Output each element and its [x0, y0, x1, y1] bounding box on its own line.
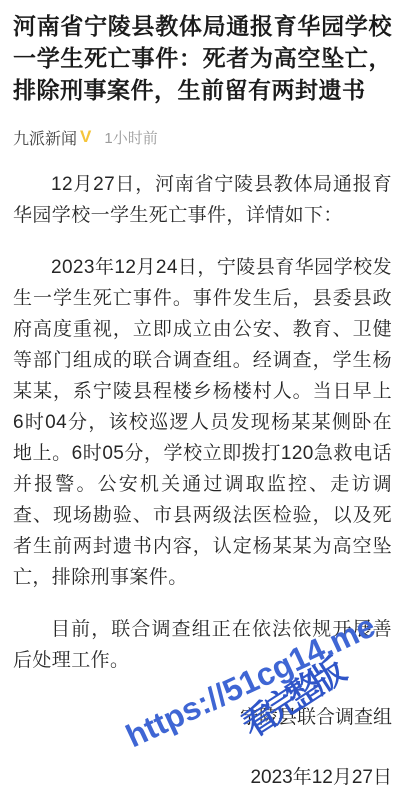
article-paragraph: 目前，联合调查组正在依法依规开展善后处理工作。	[13, 614, 392, 676]
verified-badge-icon: V	[80, 127, 91, 147]
publish-time: 1小时前	[104, 127, 157, 148]
article-date: 2023年12月27日	[13, 762, 392, 793]
source-name[interactable]: 九派新闻	[13, 126, 77, 149]
article-content: 河南省宁陵县教体局通报育华园学校一学生死亡事件：死者为高空坠亡，排除刑事案件，生…	[0, 0, 405, 793]
article-meta: 九派新闻 V 1小时前	[13, 126, 392, 148]
article-page: 河南省宁陵县教体局通报育华园学校一学生死亡事件：死者为高空坠亡，排除刑事案件，生…	[0, 0, 405, 800]
article-body: 12月27日，河南省宁陵县教体局通报育华园学校一学生死亡事件，详情如下： 202…	[13, 169, 392, 676]
article-title: 河南省宁陵县教体局通报育华园学校一学生死亡事件：死者为高空坠亡，排除刑事案件，生…	[13, 10, 392, 106]
article-paragraph: 2023年12月24日，宁陵县育华园学校发生一学生死亡事件。事件发生后，县委县政…	[13, 252, 392, 593]
article-paragraph: 12月27日，河南省宁陵县教体局通报育华园学校一学生死亡事件，详情如下：	[13, 169, 392, 231]
signature: 宁陵县联合调查组	[13, 702, 392, 733]
